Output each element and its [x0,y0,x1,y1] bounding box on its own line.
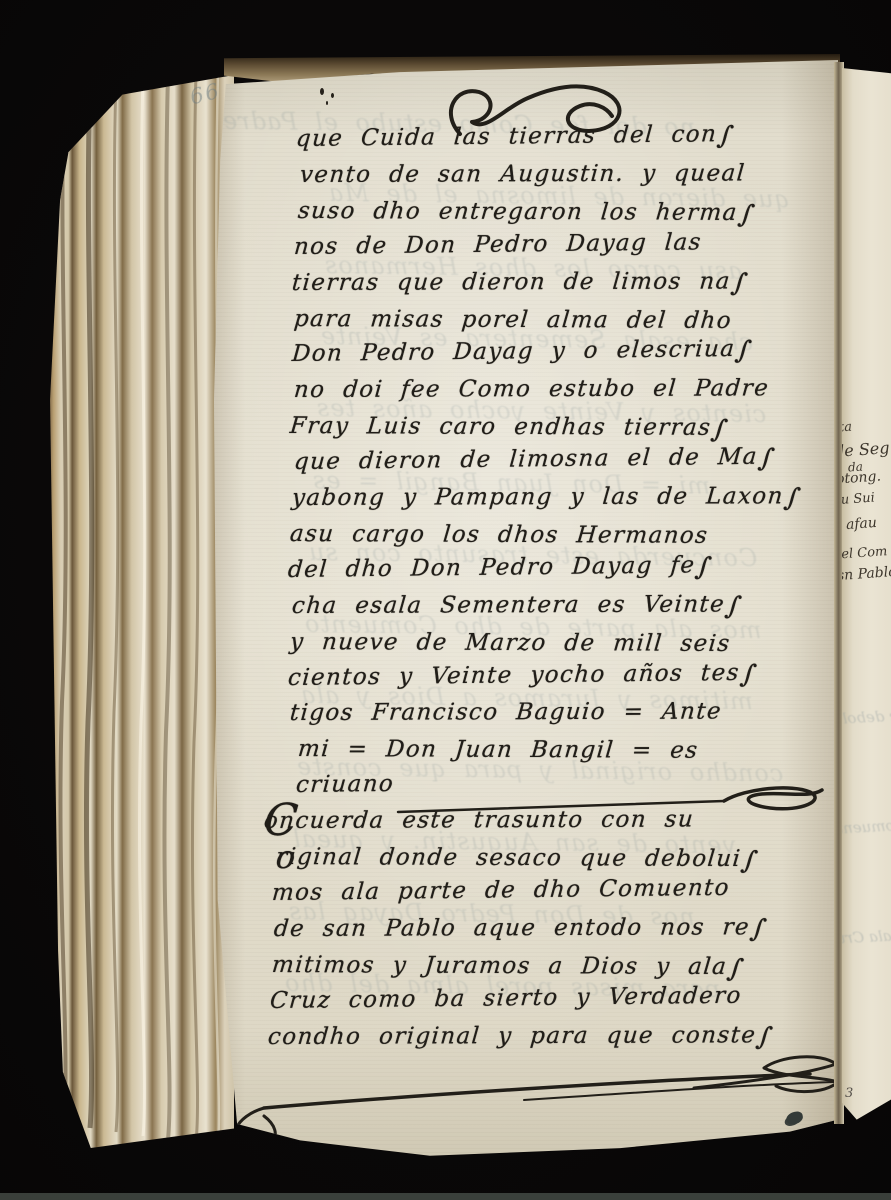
manuscript-line: criuano [295,770,395,799]
manuscript-line: Don Pedro Dayag y o elescriua∫ [291,335,737,368]
facing-bleedthrough-fragment: y ala Cruz [842,926,891,948]
folio-number: 3 [845,1086,853,1101]
manuscript-line: Cruz como ba sierto y Verdadero [269,981,743,1014]
manuscript-line: tigos Francisco Baguio = Ante [289,698,723,728]
manuscript-line: que dieron de limosna el de Ma∫ [293,443,759,476]
manuscript-line: mitimos y Juramos a Dios y ala∫ [271,951,729,981]
manuscript-line: que Cuida las tierras del con∫ [295,120,718,153]
manuscript-line: y nueve de Marzo de mill seis [289,628,732,658]
manuscript-line: para misas porel alma del dho [293,305,734,335]
facing-bleedthrough-fragment: Comuento [842,816,891,838]
ink-speck [331,93,334,98]
manuscript-line: cha esala Sementera es Veinte∫ [291,590,727,620]
margin-note-fragment: ta [842,420,852,436]
book-fore-edge [48,62,234,1148]
manuscript-line: cientos y Veinte yocho años tes∫ [287,658,741,691]
facing-bleedthrough-fragment: que debolui [842,706,891,729]
margin-note-fragment: sn Pablo [842,564,891,584]
fore-edge-texture [48,62,234,1148]
margin-note-fragment: de Seg [842,438,890,461]
margin-note-fragment: otong. [842,468,881,487]
manuscript-line: mos ala parte de dho Comuento [271,874,731,907]
manuscript-photo: no doi fee Como estubo el Padreque diero… [0,0,891,1200]
manuscript-line: nos de Don Pedro Dayag las [293,228,703,261]
manuscript-line: mi = Don Juan Bangil = es [297,735,700,765]
scribe-rule-flourish [394,782,824,826]
manuscript-line: asu cargo los dhos Hermanos [289,520,710,550]
manuscript-line: vento de san Augustin. y queal [299,159,747,189]
manuscript-line: de san Pablo aque entodo nos re∫ [273,913,751,943]
manuscript-line: suso dho entregaron los herma∫ [297,197,739,227]
margin-notes: tade Segdaotong.Su Suiafaudel Comsn Pabl… [842,68,891,1126]
manuscript-line: Fray Luis caro endhas tierras∫ [289,412,713,442]
margin-note-fragment: afau [845,515,877,533]
ink-speck [326,101,328,105]
ink-speck [320,88,324,95]
margin-note-fragment: Su Sui [842,491,875,509]
facing-page-edge: tade Segdaotong.Su Suiafaudel Comsn Pabl… [842,68,891,1126]
bottom-flourish-ornament [224,1042,844,1162]
manuscript-line: yabong y Pampang y las de Laxon∫ [291,482,785,512]
manuscript-page: no doi fee Como estubo el Padreque diero… [214,60,838,1158]
scan-edge-strip [0,1193,891,1200]
manuscript-line: original donde sesaco que debolui∫ [275,843,743,873]
manuscript-line: del dho Don Pedro Dayag fe∫ [287,551,697,584]
margin-note-fragment: del Com [842,544,888,563]
manuscript-line: tierras que dieron de limos na∫ [291,267,732,297]
manuscript-line: no doi fee Como estubo el Padre [293,375,771,405]
